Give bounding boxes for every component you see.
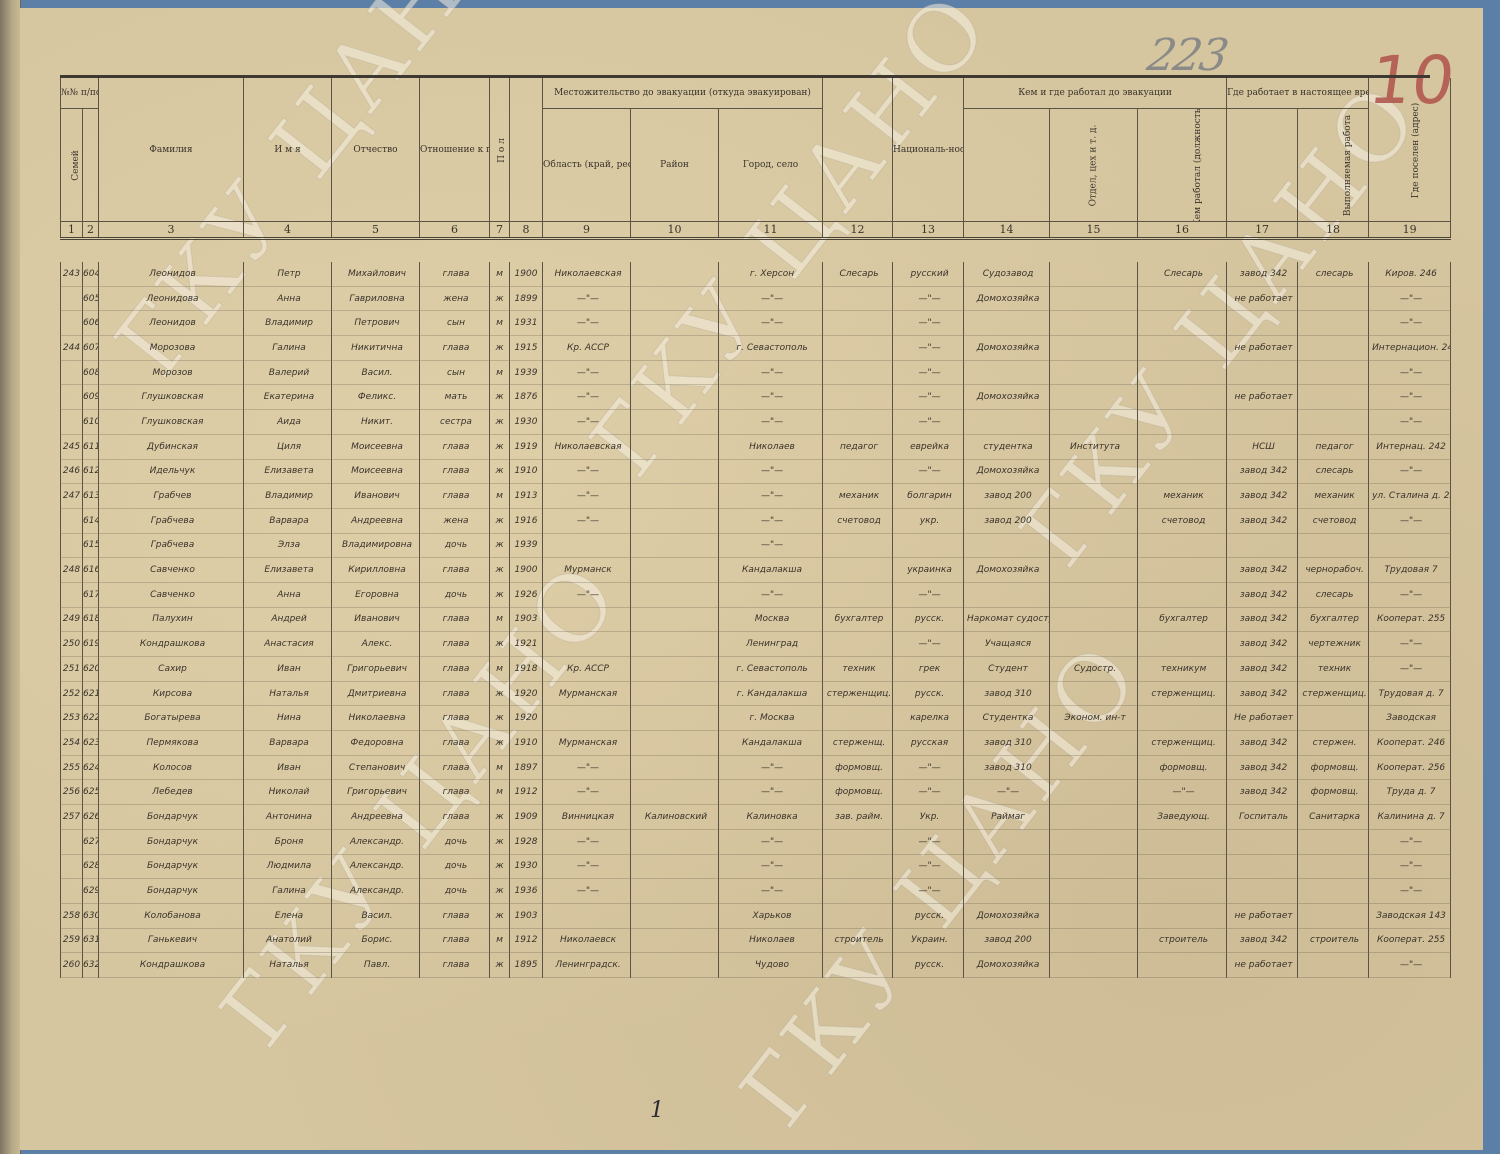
cell-enterprise: —"— — [964, 780, 1050, 805]
cell-enterprise — [964, 582, 1050, 607]
cell-district — [631, 262, 719, 286]
cell-enterprise: завод 200 — [964, 508, 1050, 533]
cell-sex: м — [490, 657, 510, 682]
cell-sex: ж — [490, 336, 510, 361]
cell-dept — [1050, 410, 1138, 435]
cell-profession: механик — [823, 484, 893, 509]
cell-relation: жена — [420, 286, 490, 311]
cell-nationality: карелка — [893, 706, 964, 731]
cell-relation: глава — [420, 459, 490, 484]
page-number-pencil: 223 — [1144, 30, 1231, 81]
cell-enterprise: Домохозяйка — [964, 336, 1050, 361]
table-row: 249618ПалухинАндрейИвановичглавам1903Мос… — [61, 607, 1451, 632]
cell-sex: ж — [490, 854, 510, 879]
cell-profession — [823, 336, 893, 361]
cell-family: 253 — [61, 706, 83, 731]
cell-profession — [823, 286, 893, 311]
cell-position — [1138, 434, 1227, 459]
cell-enterprise: Домохозяйка — [964, 385, 1050, 410]
book-binding — [0, 0, 21, 1154]
cell-year: 1921 — [510, 632, 543, 657]
cell-city: Кандалакша — [719, 731, 823, 756]
cell-surname: Богатырева — [99, 706, 244, 731]
cell-relation: сестра — [420, 410, 490, 435]
cell-year: 1910 — [510, 731, 543, 756]
cell-work-done — [1298, 360, 1369, 385]
cell-work-place — [1227, 879, 1298, 904]
cell-member: 620 — [83, 657, 99, 682]
cell-member: 623 — [83, 731, 99, 756]
evacuee-register-table: №№ п/пор. Фамилия И м я Отчество Отношен… — [60, 78, 1451, 978]
cell-profession: педагог — [823, 434, 893, 459]
cell-city: Чудово — [719, 953, 823, 978]
cell-position — [1138, 953, 1227, 978]
cell-surname: Идельчук — [99, 459, 244, 484]
cell-family: 249 — [61, 607, 83, 632]
cell-work-place: завод 342 — [1227, 607, 1298, 632]
header-spacer — [61, 239, 1451, 263]
cell-city: Харьков — [719, 903, 823, 928]
cell-surname: Лебедев — [99, 780, 244, 805]
cell-work-done: слесарь — [1298, 582, 1369, 607]
cell-patronymic: Петрович — [332, 311, 420, 336]
cell-city: г. Севастополь — [719, 657, 823, 682]
cell-district — [631, 385, 719, 410]
cell-member: 619 — [83, 632, 99, 657]
cell-work-done — [1298, 336, 1369, 361]
cell-work-place — [1227, 311, 1298, 336]
cell-surname: Леонидов — [99, 262, 244, 286]
cell-sex: м — [490, 780, 510, 805]
cell-sex: м — [490, 607, 510, 632]
cell-sex: ж — [490, 434, 510, 459]
cell-city: —"— — [719, 582, 823, 607]
cell-surname: Грабчева — [99, 533, 244, 558]
cell-work-done: чернорабоч. — [1298, 558, 1369, 583]
cell-sex: ж — [490, 385, 510, 410]
cell-city: г. Севастополь — [719, 336, 823, 361]
cell-region: Винницкая — [543, 805, 631, 830]
cell-member: 631 — [83, 928, 99, 953]
cell-district — [631, 582, 719, 607]
cell-address: —"— — [1369, 286, 1451, 311]
cell-position — [1138, 632, 1227, 657]
cell-address: —"— — [1369, 360, 1451, 385]
cell-sex: ж — [490, 459, 510, 484]
header-group-number: №№ п/пор. — [61, 78, 99, 109]
cell-family: 246 — [61, 459, 83, 484]
cell-name: Елизавета — [244, 459, 332, 484]
cell-sex: ж — [490, 953, 510, 978]
cell-relation: глава — [420, 336, 490, 361]
cell-enterprise: Наркомат судостр. промышл. — [964, 607, 1050, 632]
cell-region: —"— — [543, 311, 631, 336]
cell-dept: Эконом. ин-т — [1050, 706, 1138, 731]
table-row: 617СавченкоАннаЕгоровнадочьж1926—"——"——"… — [61, 582, 1451, 607]
cell-sex: м — [490, 360, 510, 385]
cell-region: —"— — [543, 385, 631, 410]
table-row: 260632КондрашковаНатальяПавл.главаж1895Л… — [61, 953, 1451, 978]
table-row: 246612ИдельчукЕлизаветаМоисеевнаглаваж19… — [61, 459, 1451, 484]
cell-patronymic: Степанович — [332, 755, 420, 780]
footer-mark: 1 — [650, 1098, 664, 1123]
cell-surname: Бондарчук — [99, 854, 244, 879]
cell-address: —"— — [1369, 657, 1451, 682]
cell-enterprise — [964, 533, 1050, 558]
cell-enterprise: завод 200 — [964, 484, 1050, 509]
cell-work-place — [1227, 360, 1298, 385]
cell-family: 244 — [61, 336, 83, 361]
cell-region: Мурманская — [543, 681, 631, 706]
cell-nationality: еврейка — [893, 434, 964, 459]
cell-region: Кр. АССР — [543, 657, 631, 682]
cell-relation: дочь — [420, 829, 490, 854]
cell-relation: глава — [420, 484, 490, 509]
col-header-14: Наименование предприятия или учреждения — [964, 109, 1050, 222]
cell-patronymic: Иванович — [332, 607, 420, 632]
cell-relation: глава — [420, 903, 490, 928]
cell-work-done — [1298, 706, 1369, 731]
cell-dept — [1050, 385, 1138, 410]
cell-family — [61, 360, 83, 385]
cell-sex: ж — [490, 632, 510, 657]
cell-year: 1909 — [510, 805, 543, 830]
table-row: 259631ГанькевичАнатолийБорис.главам1912Н… — [61, 928, 1451, 953]
cell-address: —"— — [1369, 632, 1451, 657]
cell-work-done — [1298, 903, 1369, 928]
cell-position — [1138, 706, 1227, 731]
cell-member: 610 — [83, 410, 99, 435]
cell-district — [631, 755, 719, 780]
cell-position — [1138, 336, 1227, 361]
cell-city: —"— — [719, 854, 823, 879]
cell-member: 609 — [83, 385, 99, 410]
cell-patronymic: Михайлович — [332, 262, 420, 286]
cell-family: 259 — [61, 928, 83, 953]
table-row: 609ГлушковскаяЕкатеринаФеликс.матьж1876—… — [61, 385, 1451, 410]
col-header-7: П о л — [490, 78, 510, 222]
cell-member: 627 — [83, 829, 99, 854]
cell-address — [1369, 533, 1451, 558]
table-row: 251620СахирИванГригорьевичглавам1918Кр. … — [61, 657, 1451, 682]
cell-profession: строитель — [823, 928, 893, 953]
cell-region: —"— — [543, 829, 631, 854]
cell-position — [1138, 558, 1227, 583]
col-header-16: Кем работал (должность) — [1138, 109, 1227, 222]
cell-year: 1900 — [510, 262, 543, 286]
table-row: 258630КолобановаЕленаВасил.главаж1903Хар… — [61, 903, 1451, 928]
cell-region — [543, 706, 631, 731]
cell-dept — [1050, 854, 1138, 879]
column-number: 10 — [631, 222, 719, 239]
cell-year: 1926 — [510, 582, 543, 607]
cell-work-place: не работает — [1227, 953, 1298, 978]
table-row: 245611ДубинскаяЦиляМоисеевнаглаваж1919Ни… — [61, 434, 1451, 459]
cell-name: Иван — [244, 755, 332, 780]
cell-district — [631, 459, 719, 484]
cell-position — [1138, 286, 1227, 311]
cell-sex: ж — [490, 805, 510, 830]
cell-work-place: завод 342 — [1227, 657, 1298, 682]
cell-address: —"— — [1369, 829, 1451, 854]
cell-region: Кр. АССР — [543, 336, 631, 361]
cell-patronymic: Александр. — [332, 854, 420, 879]
cell-position: стерженщиц. — [1138, 681, 1227, 706]
cell-sex: ж — [490, 731, 510, 756]
cell-patronymic: Никитична — [332, 336, 420, 361]
cell-district — [631, 657, 719, 682]
cell-family: 247 — [61, 484, 83, 509]
cell-surname: Бондарчук — [99, 829, 244, 854]
column-number: 18 — [1298, 222, 1369, 239]
col-header-1: Семей — [61, 109, 83, 222]
column-number: 1 — [61, 222, 83, 239]
cell-nationality: —"— — [893, 360, 964, 385]
cell-city: —"— — [719, 360, 823, 385]
cell-surname: Колосов — [99, 755, 244, 780]
cell-address: Трудовая д. 7 — [1369, 681, 1451, 706]
cell-region: —"— — [543, 582, 631, 607]
cell-patronymic: Васил. — [332, 903, 420, 928]
table-row: 615ГрабчеваЭлзаВладимировнадочьж1939—"— — [61, 533, 1451, 558]
col-header-4: И м я — [244, 78, 332, 222]
cell-region: Мурманская — [543, 731, 631, 756]
cell-enterprise — [964, 879, 1050, 904]
cell-district — [631, 336, 719, 361]
cell-year: 1928 — [510, 829, 543, 854]
cell-city: —"— — [719, 484, 823, 509]
cell-work-place — [1227, 854, 1298, 879]
cell-profession: бухгалтер — [823, 607, 893, 632]
cell-region: Мурманск — [543, 558, 631, 583]
cell-region: —"— — [543, 360, 631, 385]
cell-enterprise — [964, 311, 1050, 336]
col-header-3: Фамилия — [99, 78, 244, 222]
cell-relation: жена — [420, 508, 490, 533]
cell-member: 625 — [83, 780, 99, 805]
cell-dept — [1050, 953, 1138, 978]
cell-member: 618 — [83, 607, 99, 632]
cell-work-place: завод 342 — [1227, 508, 1298, 533]
scan-background — [1483, 0, 1500, 1154]
cell-nationality: —"— — [893, 459, 964, 484]
cell-name: Елена — [244, 903, 332, 928]
cell-member: 608 — [83, 360, 99, 385]
cell-surname: Бондарчук — [99, 805, 244, 830]
cell-profession — [823, 879, 893, 904]
cell-year: 1915 — [510, 336, 543, 361]
cell-district — [631, 780, 719, 805]
cell-member: 611 — [83, 434, 99, 459]
cell-year: 1903 — [510, 607, 543, 632]
cell-region: Ленинградск. — [543, 953, 631, 978]
cell-nationality: —"— — [893, 632, 964, 657]
cell-name: Аида — [244, 410, 332, 435]
cell-position — [1138, 829, 1227, 854]
cell-work-done — [1298, 311, 1369, 336]
cell-enterprise: Домохозяйка — [964, 953, 1050, 978]
cell-surname: Дубинская — [99, 434, 244, 459]
cell-nationality: —"— — [893, 854, 964, 879]
cell-district — [631, 607, 719, 632]
cell-family: 245 — [61, 434, 83, 459]
cell-patronymic: Дмитриевна — [332, 681, 420, 706]
cell-address: Интернацион. 241 — [1369, 336, 1451, 361]
cell-sex: ж — [490, 879, 510, 904]
cell-sex: ж — [490, 286, 510, 311]
cell-work-done: механик — [1298, 484, 1369, 509]
cell-patronymic: Васил. — [332, 360, 420, 385]
cell-work-place: завод 342 — [1227, 731, 1298, 756]
cell-work-done: слесарь — [1298, 262, 1369, 286]
col-header-10: Район — [631, 109, 719, 222]
cell-family: 250 — [61, 632, 83, 657]
cell-dept — [1050, 879, 1138, 904]
cell-city: г. Москва — [719, 706, 823, 731]
cell-nationality: Укр. — [893, 805, 964, 830]
column-number: 8 — [510, 222, 543, 239]
cell-dept — [1050, 755, 1138, 780]
column-number: 3 — [99, 222, 244, 239]
cell-address: —"— — [1369, 508, 1451, 533]
cell-nationality: русск. — [893, 953, 964, 978]
cell-surname: Грабчева — [99, 508, 244, 533]
column-number-row: 12345678910111213141516171819 — [61, 222, 1451, 239]
cell-name: Элза — [244, 533, 332, 558]
col-header-11: Город, село — [719, 109, 823, 222]
cell-year: 1931 — [510, 311, 543, 336]
cell-sex: ж — [490, 410, 510, 435]
cell-region: —"— — [543, 410, 631, 435]
cell-patronymic: Феликс. — [332, 385, 420, 410]
cell-dept — [1050, 262, 1138, 286]
column-number: 2 — [83, 222, 99, 239]
cell-family — [61, 311, 83, 336]
table-row: 248616СавченкоЕлизаветаКирилловнаглаваж1… — [61, 558, 1451, 583]
cell-work-done: формовщ. — [1298, 780, 1369, 805]
cell-family — [61, 829, 83, 854]
cell-address: Заводская 143 — [1369, 903, 1451, 928]
cell-city: Николаев — [719, 434, 823, 459]
cell-surname: Кирсова — [99, 681, 244, 706]
cell-surname: Ганькевич — [99, 928, 244, 953]
cell-address: —"— — [1369, 311, 1451, 336]
cell-enterprise: Домохозяйка — [964, 459, 1050, 484]
cell-nationality: —"— — [893, 582, 964, 607]
cell-profession — [823, 459, 893, 484]
cell-region: —"— — [543, 755, 631, 780]
cell-member: 628 — [83, 854, 99, 879]
table-row: 247613ГрабчевВладимирИвановичглавам1913—… — [61, 484, 1451, 509]
cell-address: Кооперат. 255 — [1369, 928, 1451, 953]
cell-patronymic: Андреевна — [332, 805, 420, 830]
cell-relation: дочь — [420, 879, 490, 904]
cell-profession — [823, 829, 893, 854]
cell-year: 1899 — [510, 286, 543, 311]
cell-profession: Слесарь — [823, 262, 893, 286]
cell-patronymic: Андреевна — [332, 508, 420, 533]
cell-region: Николаевская — [543, 434, 631, 459]
table-row: 608МорозовВалерийВасил.сынм1939—"——"——"—… — [61, 360, 1451, 385]
cell-work-place — [1227, 410, 1298, 435]
cell-patronymic: Николаевна — [332, 706, 420, 731]
cell-year: 1918 — [510, 657, 543, 682]
cell-work-place: не работает — [1227, 903, 1298, 928]
table-row: 606ЛеонидовВладимирПетровичсынм1931—"——"… — [61, 311, 1451, 336]
cell-city: —"— — [719, 311, 823, 336]
cell-work-done: чертежник — [1298, 632, 1369, 657]
cell-address: Кооперат. 255 — [1369, 607, 1451, 632]
cell-position — [1138, 360, 1227, 385]
cell-work-place: завод 342 — [1227, 558, 1298, 583]
cell-position: Заведующ. — [1138, 805, 1227, 830]
col-header-6: Отношение к главе семьи (жена, сын, дочь… — [420, 78, 490, 222]
cell-year: 1936 — [510, 879, 543, 904]
cell-work-place — [1227, 829, 1298, 854]
cell-address: Заводская — [1369, 706, 1451, 731]
cell-surname: Палухин — [99, 607, 244, 632]
cell-enterprise: завод 310 — [964, 681, 1050, 706]
cell-member: 605 — [83, 286, 99, 311]
cell-region: —"— — [543, 286, 631, 311]
cell-work-done: строитель — [1298, 928, 1369, 953]
cell-patronymic: Григорьевич — [332, 657, 420, 682]
cell-family: 258 — [61, 903, 83, 928]
column-number: 9 — [543, 222, 631, 239]
cell-name: Иван — [244, 657, 332, 682]
cell-dept — [1050, 582, 1138, 607]
column-number: 12 — [823, 222, 893, 239]
cell-district — [631, 879, 719, 904]
cell-member: 617 — [83, 582, 99, 607]
cell-work-place: завод 342 — [1227, 681, 1298, 706]
cell-member: 607 — [83, 336, 99, 361]
table-row: 252621КирсоваНатальяДмитриевнаглаваж1920… — [61, 681, 1451, 706]
cell-family — [61, 508, 83, 533]
cell-year: 1913 — [510, 484, 543, 509]
cell-sex: ж — [490, 903, 510, 928]
cell-city: —"— — [719, 829, 823, 854]
cell-patronymic: Моисеевна — [332, 459, 420, 484]
cell-member: 612 — [83, 459, 99, 484]
col-header-15: Отдел, цех и т. д. — [1050, 109, 1138, 222]
cell-address: Киров. 246 — [1369, 262, 1451, 286]
cell-work-done — [1298, 829, 1369, 854]
cell-family — [61, 286, 83, 311]
cell-year: 1920 — [510, 706, 543, 731]
cell-dept — [1050, 607, 1138, 632]
cell-profession: стерженщиц. — [823, 681, 893, 706]
column-number: 16 — [1138, 222, 1227, 239]
cell-name: Петр — [244, 262, 332, 286]
cell-surname: Бондарчук — [99, 879, 244, 904]
cell-surname: Грабчев — [99, 484, 244, 509]
cell-profession — [823, 582, 893, 607]
cell-nationality: —"— — [893, 755, 964, 780]
cell-nationality: —"— — [893, 336, 964, 361]
cell-family: 252 — [61, 681, 83, 706]
cell-family: 248 — [61, 558, 83, 583]
cell-position — [1138, 854, 1227, 879]
col-header-18: Выполняемая работа — [1298, 109, 1369, 222]
cell-dept — [1050, 360, 1138, 385]
cell-member: 604 — [83, 262, 99, 286]
cell-family — [61, 854, 83, 879]
cell-enterprise — [964, 829, 1050, 854]
col-header-13: Националь-ность — [893, 78, 964, 222]
cell-enterprise: Учащаяся — [964, 632, 1050, 657]
cell-dept — [1050, 829, 1138, 854]
